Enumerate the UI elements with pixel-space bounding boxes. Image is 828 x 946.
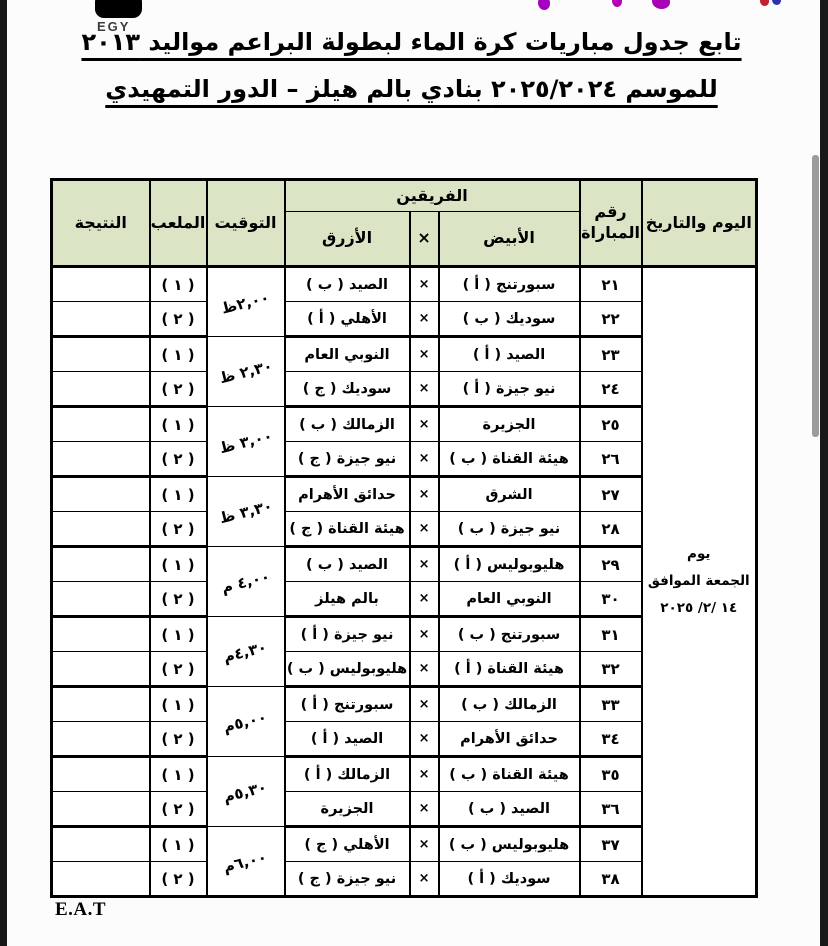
match-time: ٤,٠٠ م	[207, 547, 285, 617]
vs-x-mark: ×	[410, 757, 439, 792]
white-team: النوبي العام	[439, 582, 580, 617]
match-number: ٢١	[580, 267, 642, 302]
blue-team: الأهلي ( ج )	[285, 827, 410, 862]
field-number: ( ٢ )	[150, 652, 207, 687]
result-cell	[52, 827, 150, 862]
blue-team: الأهلي ( أ )	[285, 302, 410, 337]
result-cell	[52, 372, 150, 407]
date-line-1: يوم	[643, 541, 756, 568]
result-cell	[52, 617, 150, 652]
vs-x-mark: ×	[410, 407, 439, 442]
blue-team: نيو جيزة ( ج )	[285, 862, 410, 897]
blue-team: هيئة القناة ( ج )	[285, 512, 410, 547]
battery-pill-icon	[95, 0, 142, 18]
match-time: ٢,٠٠ظ	[207, 267, 285, 337]
white-team: نيو جيزة ( أ )	[439, 372, 580, 407]
match-number: ٢٦	[580, 442, 642, 477]
blue-team: نيو جيزة ( ج )	[285, 442, 410, 477]
col-header-result: النتيجة	[52, 180, 150, 267]
blue-team: الزمالك ( أ )	[285, 757, 410, 792]
result-cell	[52, 442, 150, 477]
vs-x-mark: ×	[410, 792, 439, 827]
match-number: ٣٠	[580, 582, 642, 617]
header-row-1: اليوم والتاريخ رقم المباراة الفريقين الت…	[52, 180, 757, 212]
result-cell	[52, 512, 150, 547]
white-team: سبورتنج ( ب )	[439, 617, 580, 652]
white-team: الجزيرة	[439, 407, 580, 442]
result-cell	[52, 722, 150, 757]
white-team: هليوبوليس ( ب )	[439, 827, 580, 862]
white-team: الصيد ( أ )	[439, 337, 580, 372]
vs-x-mark: ×	[410, 617, 439, 652]
date-line-2: الجمعة الموافق	[643, 568, 756, 595]
match-number: ٣١	[580, 617, 642, 652]
match-time: ٢,٣٠ ظ	[207, 337, 285, 407]
field-number: ( ١ )	[150, 687, 207, 722]
col-header-x: ×	[410, 212, 439, 267]
field-number: ( ٢ )	[150, 302, 207, 337]
col-header-day-date: اليوم والتاريخ	[642, 180, 757, 267]
match-number: ٢٣	[580, 337, 642, 372]
blue-team: هليوبوليس ( ب )	[285, 652, 410, 687]
vs-x-mark: ×	[410, 512, 439, 547]
field-number: ( ١ )	[150, 757, 207, 792]
field-number: ( ٢ )	[150, 512, 207, 547]
white-team: سوديك ( ب )	[439, 302, 580, 337]
match-number: ٢٩	[580, 547, 642, 582]
footer-signature: E.A.T	[55, 899, 106, 921]
match-number: ٢٨	[580, 512, 642, 547]
decorative-logo-fragment	[538, 0, 550, 10]
col-header-teams: الفريقين	[285, 180, 580, 212]
col-header-field: الملعب	[150, 180, 207, 267]
match-number: ٣٧	[580, 827, 642, 862]
decorative-logo-fragment	[760, 0, 769, 6]
title-line-2: للموسم ٢٠٢٥/٢٠٢٤ بنادي بالم هيلز – الدور…	[55, 75, 768, 103]
field-number: ( ٢ )	[150, 442, 207, 477]
vs-x-mark: ×	[410, 722, 439, 757]
field-number: ( ١ )	[150, 547, 207, 582]
white-team: هيئة القناة ( ب )	[439, 442, 580, 477]
match-time: ٦,٠٠م	[207, 827, 285, 897]
blue-team: حدائق الأهرام	[285, 477, 410, 512]
match-number: ٣٥	[580, 757, 642, 792]
white-team: حدائق الأهرام	[439, 722, 580, 757]
white-team: هيئة القناة ( ب )	[439, 757, 580, 792]
vs-x-mark: ×	[410, 267, 439, 302]
decorative-logo-fragment	[652, 0, 670, 9]
col-header-match-no: رقم المباراة	[580, 180, 642, 267]
match-number: ٢٥	[580, 407, 642, 442]
blue-team: الجزيرة	[285, 792, 410, 827]
match-time: ٣,٠٠ ظ	[207, 407, 285, 477]
white-team: نيو جيزة ( ب )	[439, 512, 580, 547]
field-number: ( ٢ )	[150, 722, 207, 757]
left-edge-strip	[0, 0, 7, 946]
blue-team: النوبي العام	[285, 337, 410, 372]
blue-team: نيو جيزة ( أ )	[285, 617, 410, 652]
result-cell	[52, 302, 150, 337]
vs-x-mark: ×	[410, 862, 439, 897]
match-time: ٤,٣٠م	[207, 617, 285, 687]
result-cell	[52, 267, 150, 302]
field-number: ( ١ )	[150, 407, 207, 442]
vs-x-mark: ×	[410, 582, 439, 617]
match-number: ٣٤	[580, 722, 642, 757]
result-cell	[52, 407, 150, 442]
match-number: ٢٢	[580, 302, 642, 337]
document-title-block: تابع جدول مباريات كرة الماء لبطولة البرا…	[55, 28, 768, 122]
field-number: ( ١ )	[150, 477, 207, 512]
white-team: الصيد ( ب )	[439, 792, 580, 827]
white-team: هليوبوليس ( أ )	[439, 547, 580, 582]
blue-team: بالم هيلز	[285, 582, 410, 617]
schedule-table: اليوم والتاريخ رقم المباراة الفريقين الت…	[50, 178, 758, 898]
table-row: يوم الجمعة الموافق ١٤ /٢/ ٢٠٢٥ ٢١ سبورتن…	[52, 267, 757, 302]
result-cell	[52, 582, 150, 617]
match-time: ٥,٠٠م	[207, 687, 285, 757]
white-team: سوديك ( أ )	[439, 862, 580, 897]
blue-team: سوديك ( ج )	[285, 372, 410, 407]
match-time: ٣,٣٠ ظ	[207, 477, 285, 547]
result-cell	[52, 337, 150, 372]
document-page: EGY تابع جدول مباريات كرة الماء لبطولة ا…	[0, 0, 828, 946]
result-cell	[52, 652, 150, 687]
vs-x-mark: ×	[410, 372, 439, 407]
result-cell	[52, 477, 150, 512]
white-team: الزمالك ( ب )	[439, 687, 580, 722]
field-number: ( ١ )	[150, 337, 207, 372]
vs-x-mark: ×	[410, 827, 439, 862]
white-team: سبورتنج ( أ )	[439, 267, 580, 302]
col-header-white-team: الأبيض	[439, 212, 580, 267]
field-number: ( ٢ )	[150, 372, 207, 407]
vs-x-mark: ×	[410, 547, 439, 582]
white-team: هيئة القناة ( أ )	[439, 652, 580, 687]
vertical-scrollbar-thumb[interactable]	[812, 155, 819, 437]
vs-x-mark: ×	[410, 477, 439, 512]
result-cell	[52, 547, 150, 582]
match-number: ٣٦	[580, 792, 642, 827]
field-number: ( ٢ )	[150, 862, 207, 897]
blue-team: الصيد ( أ )	[285, 722, 410, 757]
field-number: ( ٢ )	[150, 792, 207, 827]
blue-team: الزمالك ( ب )	[285, 407, 410, 442]
match-number: ٢٧	[580, 477, 642, 512]
field-number: ( ٢ )	[150, 582, 207, 617]
col-header-blue-team: الأزرق	[285, 212, 410, 267]
match-number: ٣٢	[580, 652, 642, 687]
field-number: ( ١ )	[150, 827, 207, 862]
blue-team: الصيد ( ب )	[285, 547, 410, 582]
vs-x-mark: ×	[410, 442, 439, 477]
col-header-time: التوقيت	[207, 180, 285, 267]
vs-x-mark: ×	[410, 687, 439, 722]
match-number: ٣٣	[580, 687, 642, 722]
decorative-logo-fragment	[772, 0, 781, 5]
vs-x-mark: ×	[410, 302, 439, 337]
date-line-3: ١٤ /٢/ ٢٠٢٥	[643, 595, 756, 622]
match-number: ٣٨	[580, 862, 642, 897]
result-cell	[52, 757, 150, 792]
day-date-cell: يوم الجمعة الموافق ١٤ /٢/ ٢٠٢٥	[642, 267, 757, 897]
match-time: ٥,٣٠م	[207, 757, 285, 827]
blue-team: الصيد ( ب )	[285, 267, 410, 302]
field-number: ( ١ )	[150, 617, 207, 652]
decorative-logo-fragment	[612, 0, 622, 7]
right-edge-strip	[820, 0, 828, 946]
match-number: ٢٤	[580, 372, 642, 407]
vs-x-mark: ×	[410, 652, 439, 687]
title-line-1: تابع جدول مباريات كرة الماء لبطولة البرا…	[55, 28, 768, 56]
result-cell	[52, 792, 150, 827]
result-cell	[52, 862, 150, 897]
blue-team: سبورتنج ( أ )	[285, 687, 410, 722]
white-team: الشرق	[439, 477, 580, 512]
field-number: ( ١ )	[150, 267, 207, 302]
result-cell	[52, 687, 150, 722]
vs-x-mark: ×	[410, 337, 439, 372]
